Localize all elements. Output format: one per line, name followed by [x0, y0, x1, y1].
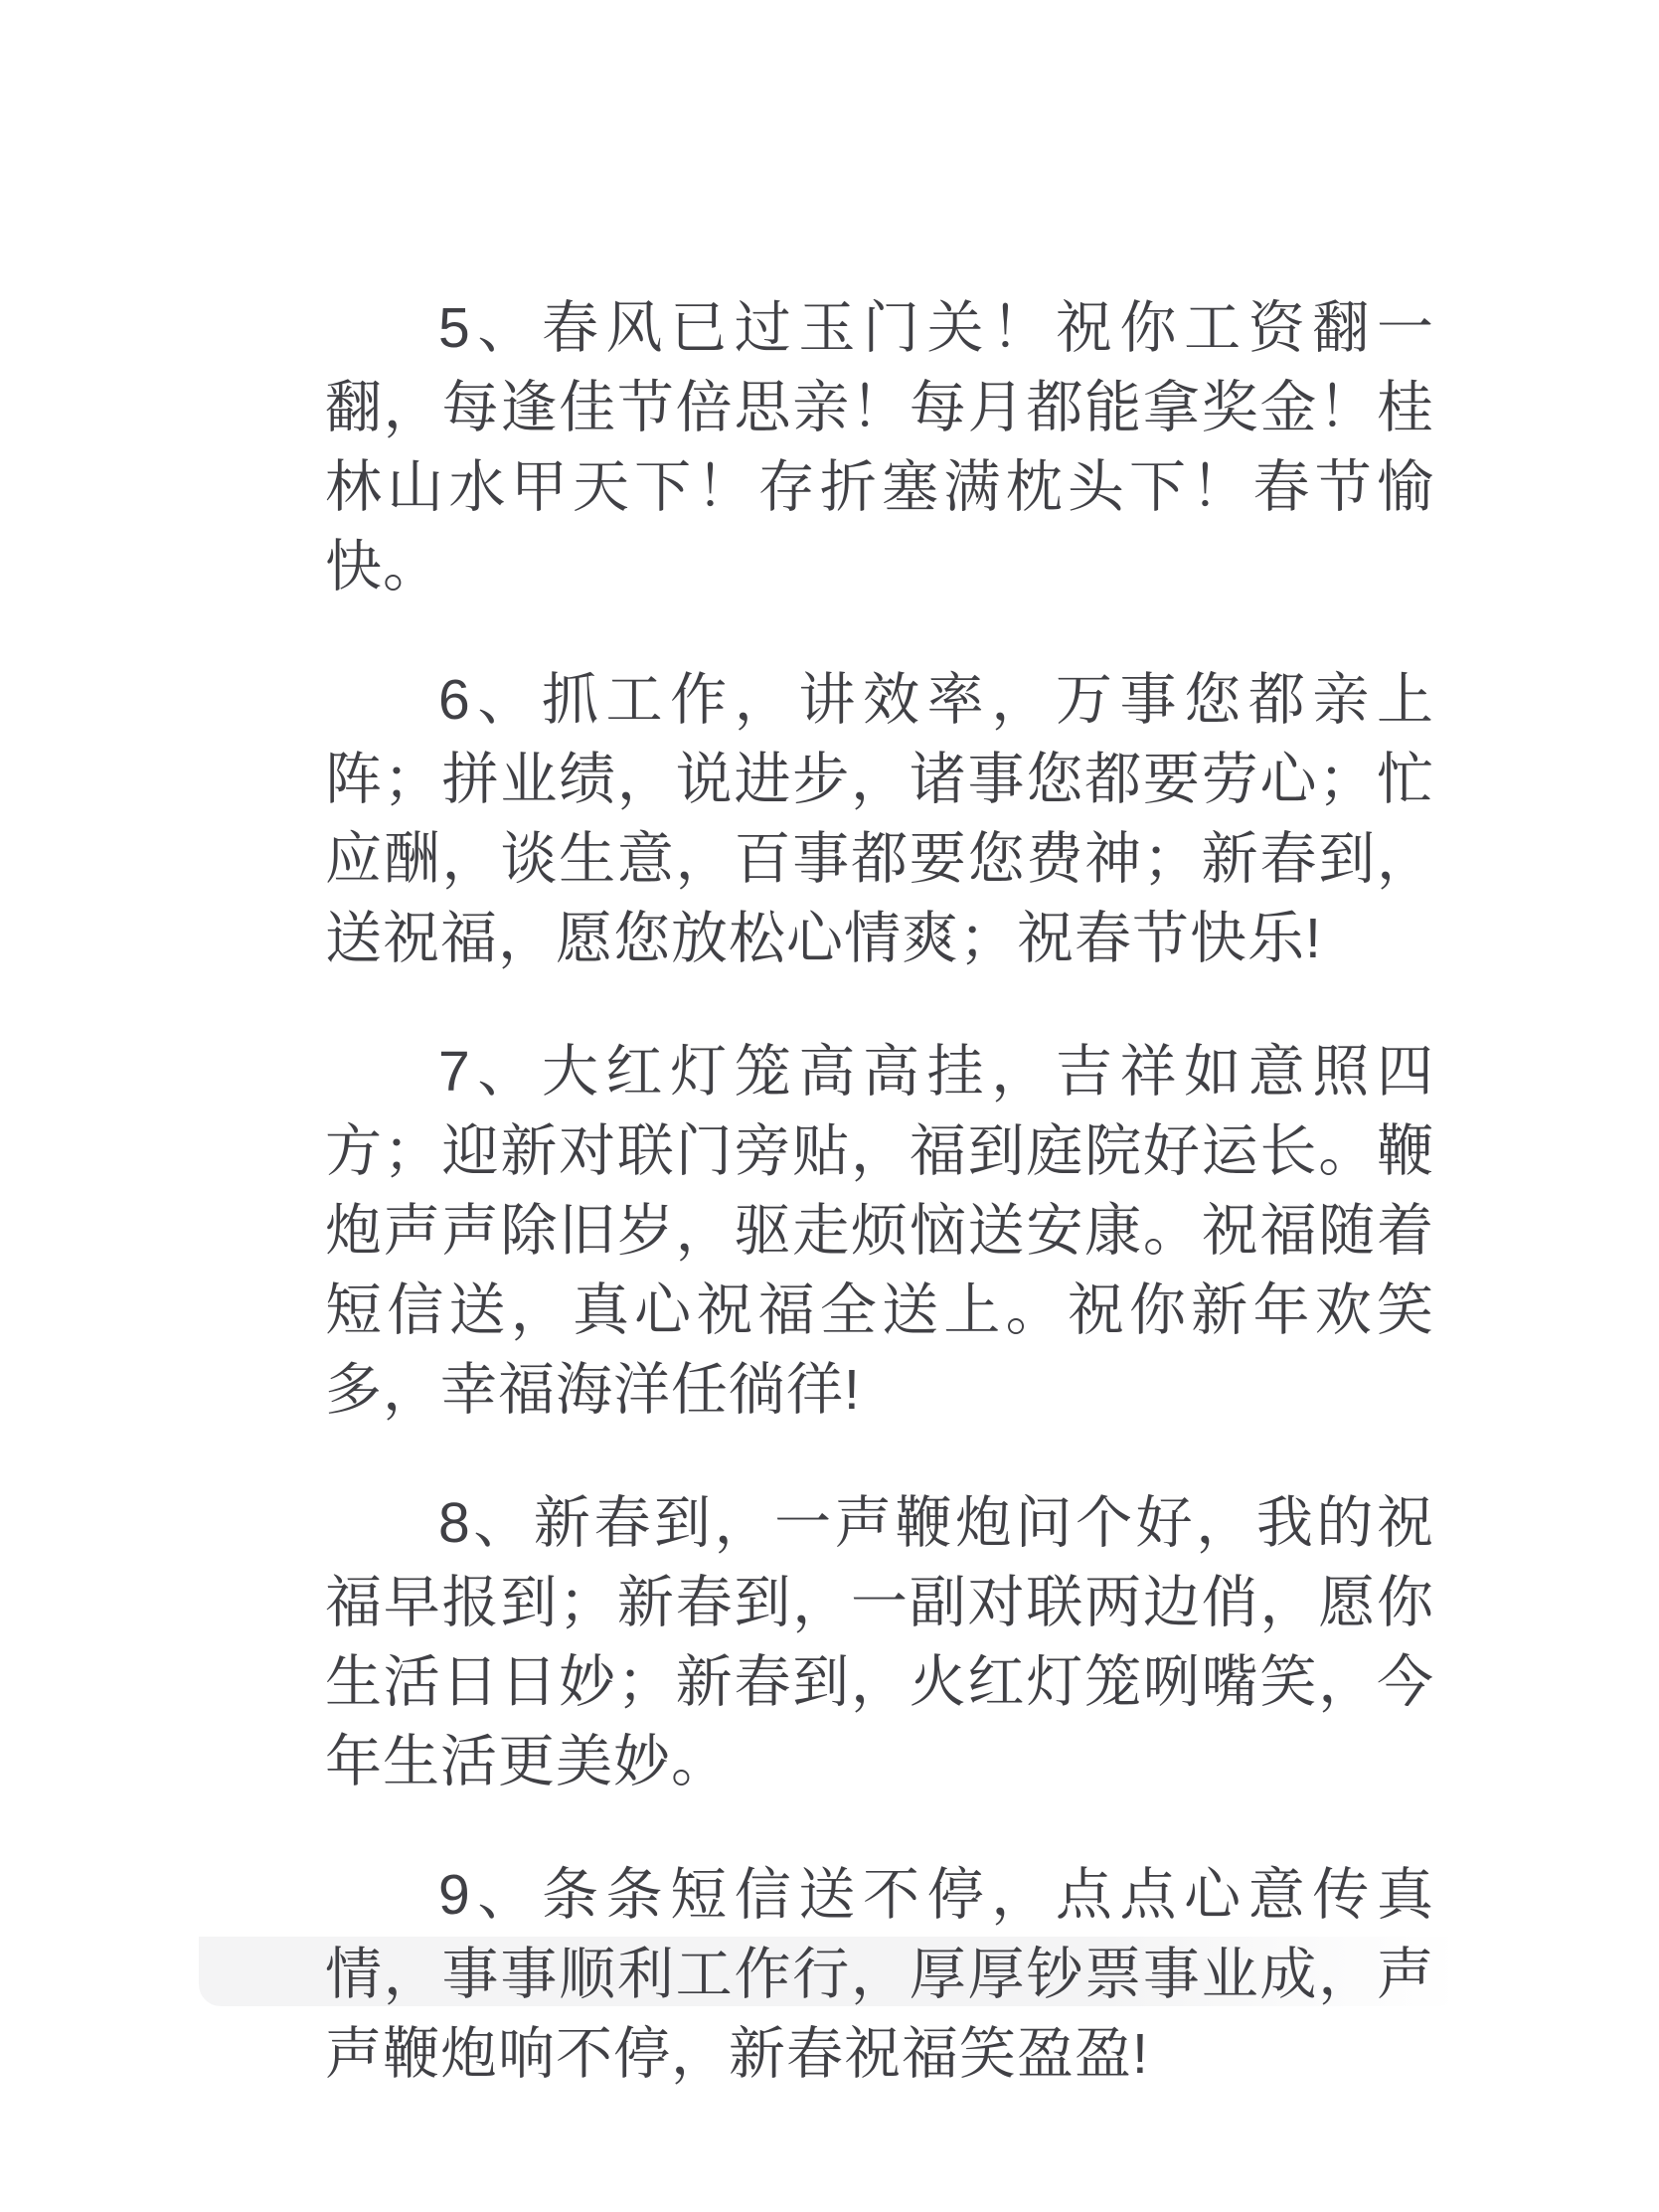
greeting-paragraph-6: 6、抓工作，讲效率，万事您都亲上阵；拼业绩，说进步，诸事您都要劳心；忙应酬，谈生…: [325, 660, 1434, 978]
greeting-paragraph-7: 7、大红灯笼高高挂，吉祥如意照四方；迎新对联门旁贴，福到庭院好运长。鞭炮声声除旧…: [325, 1032, 1434, 1430]
greeting-paragraph-8: 8、新春到，一声鞭炮问个好，我的祝福早报到；新春到，一副对联两边俏，愿你生活日日…: [325, 1483, 1434, 1801]
greeting-paragraph-5: 5、春风已过玉门关！祝你工资翻一翻，每逢佳节倍思亲！每月都能拿奖金！桂林山水甲天…: [325, 288, 1434, 606]
greeting-paragraph-9: 9、条条短信送不停，点点心意传真情，事事顺利工作行，厚厚钞票事业成，声声鞭炮响不…: [325, 1855, 1434, 2094]
greetings-text-block: 5、春风已过玉门关！祝你工资翻一翻，每逢佳节倍思亲！每月都能拿奖金！桂林山水甲天…: [325, 288, 1434, 2094]
document-page: 5、春风已过玉门关！祝你工资翻一翻，每逢佳节倍思亲！每月都能拿奖金！桂林山水甲天…: [0, 0, 1659, 2212]
